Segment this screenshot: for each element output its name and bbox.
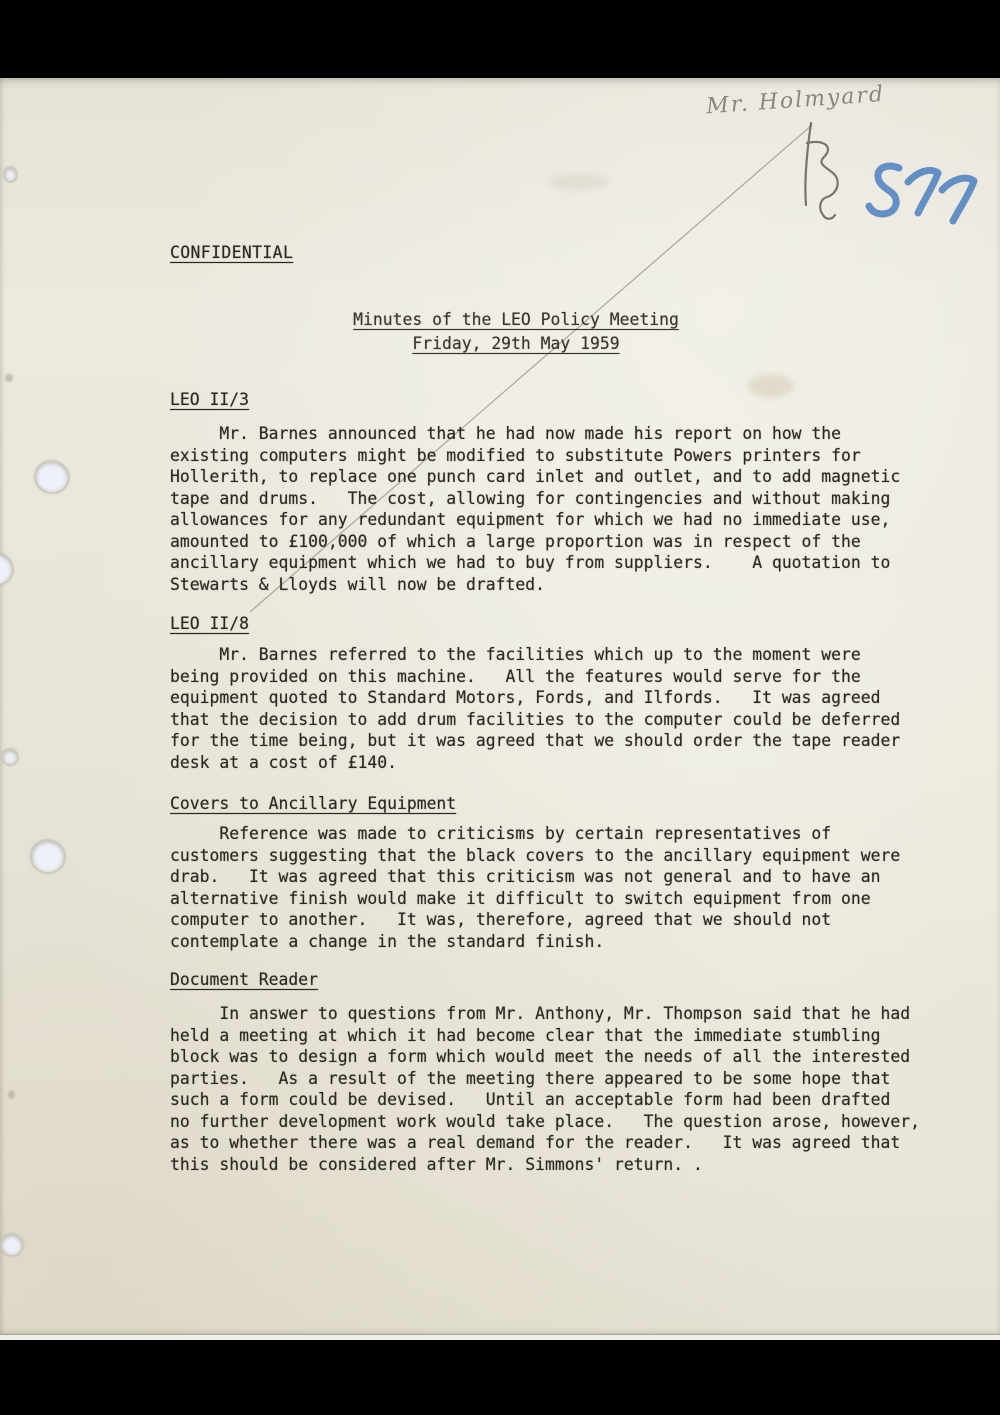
section-heading-leo-ii-3: LEO II/3 — [170, 389, 249, 411]
title-line-1: Minutes of the LEO Policy Meeting — [32, 308, 1000, 332]
section-heading-leo-ii-8: LEO II/8 — [170, 613, 249, 635]
paper-speck — [5, 374, 13, 382]
section-paragraph-covers: Reference was made to criticisms by cert… — [170, 823, 900, 952]
title-line-2: Friday, 29th May 1959 — [32, 332, 1000, 356]
punch-hole — [34, 460, 70, 494]
punch-hole — [30, 839, 65, 873]
blue-archive-number-strokes — [869, 166, 974, 221]
section-heading-document-reader: Document Reader — [170, 969, 318, 991]
scanned-document: Mr. Holmyard CONFIDENTIAL Minutes of the… — [0, 0, 1000, 1415]
paper-edge-highlight — [0, 1334, 1000, 1340]
document-page: Mr. Holmyard CONFIDENTIAL Minutes of the… — [0, 78, 1000, 1334]
punch-hole — [5, 168, 16, 181]
paper-smudge — [548, 174, 608, 190]
paper-speck — [8, 1090, 15, 1099]
punch-hole — [3, 750, 17, 764]
section-heading-covers: Covers to Ancillary Equipment — [170, 793, 456, 815]
section-paragraph-document-reader: In answer to questions from Mr. Anthony,… — [170, 1003, 920, 1175]
pencil-monogram — [805, 123, 837, 219]
section-paragraph-leo-ii-8: Mr. Barnes referred to the facilities wh… — [170, 644, 900, 773]
punch-hole — [2, 1235, 22, 1255]
document-title: Minutes of the LEO Policy Meeting Friday… — [32, 308, 1000, 356]
paper-smudge — [748, 374, 794, 398]
pencil-name-handwriting: Mr. Holmyard — [705, 78, 946, 120]
punch-hole — [0, 554, 12, 584]
section-paragraph-leo-ii-3: Mr. Barnes announced that he had now mad… — [170, 423, 900, 595]
confidential-label: CONFIDENTIAL — [170, 242, 293, 264]
